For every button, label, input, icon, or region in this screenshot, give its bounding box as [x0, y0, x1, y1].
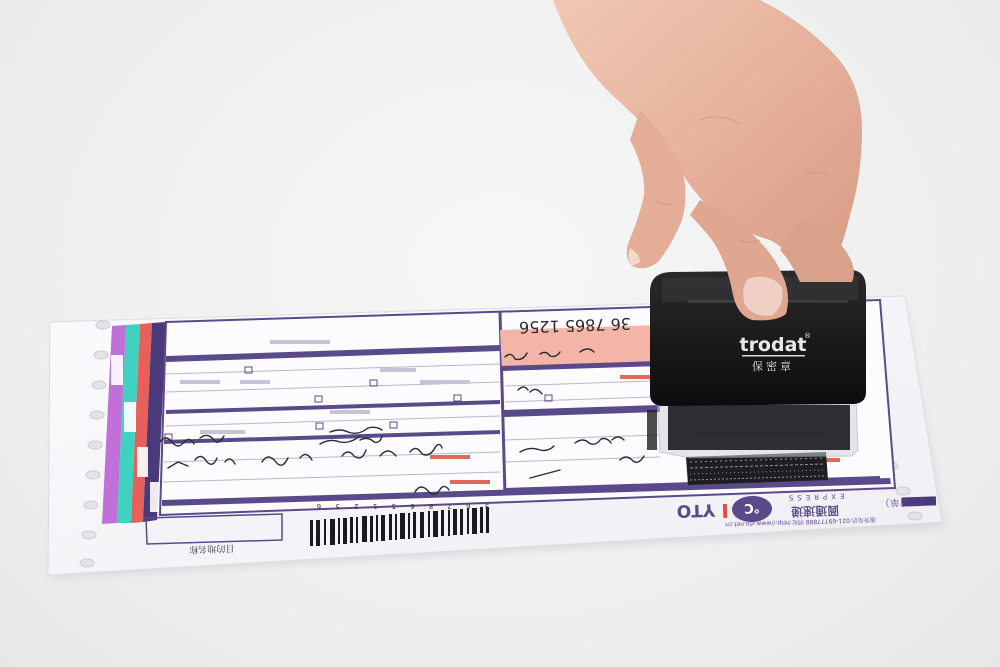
stamp-brand: trodat	[739, 334, 806, 356]
svg-text:℃: ℃	[744, 500, 760, 516]
tracking-number: 36 7865 1256	[519, 314, 632, 337]
copy-tabs	[102, 322, 166, 524]
registered-mark: ®	[804, 332, 811, 340]
photo-scene: 36 7865 1256 3 6 7 8 6 5 1 2 5 6	[0, 0, 1000, 667]
barcode-digits: 3 6 7 8 6 5 1 2 5 6	[311, 502, 490, 510]
stamp-label: 保密章	[752, 359, 794, 373]
svg-text:YTO: YTO	[676, 499, 716, 520]
scene-illustration: 36 7865 1256 3 6 7 8 6 5 1 2 5 6	[0, 0, 1000, 667]
carrier-name-cn: 圆通速递	[791, 503, 840, 520]
